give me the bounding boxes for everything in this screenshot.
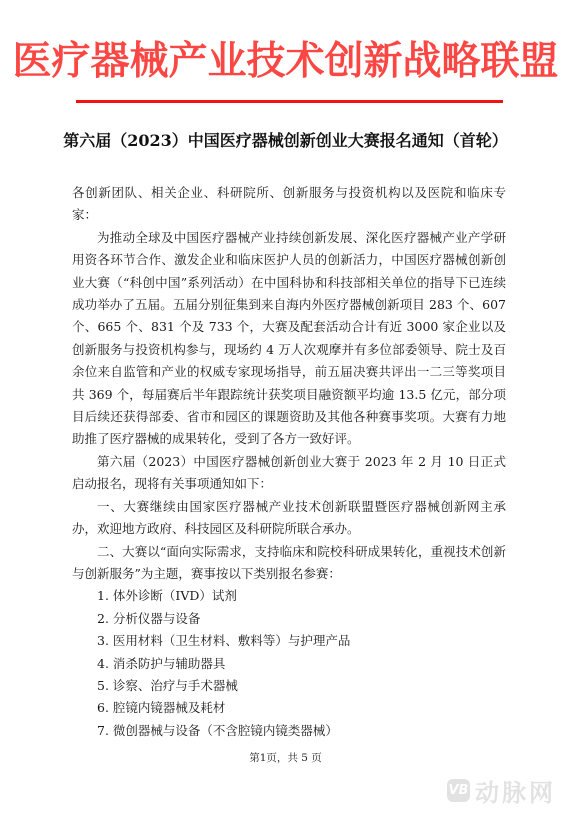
- paragraph-intro: 为推动全球及中国医疗器械产业持续创新发展、深化医疗器械产业产学研用资各环节合作、…: [72, 227, 506, 451]
- salutation-line: 各创新团队、相关企业、科研院所、创新服务与投资机构以及医院和临床专家：: [72, 182, 506, 227]
- paragraph-item-two: 二、大赛以“面向实际需求，支持临床和院校科研成果转化，重视技术创新与创新服务”为…: [72, 541, 506, 586]
- paragraph-launch-date: 第六届（2023）中国医疗器械创新创业大赛于 2023 年 2 月 10 日正式…: [72, 451, 506, 496]
- paragraph-item-one: 一、大赛继续由国家医疗器械产业技术创新联盟暨医疗器械创新网主承办，欢迎地方政府、…: [72, 496, 506, 541]
- list-item: 4. 消杀防护与辅助器具: [72, 653, 506, 675]
- list-item: 5. 诊察、治疗与手术器械: [72, 675, 506, 697]
- vb-logo-icon: VB: [447, 779, 470, 802]
- vbdata-watermark: VB 动脉网: [447, 773, 556, 808]
- org-banner-title: 医疗器械产业技术创新战略联盟: [0, 33, 571, 90]
- page-number: 第1页，共 5 页: [0, 750, 571, 765]
- list-item: 6. 腔镜内镜器械及耗材: [72, 697, 506, 719]
- category-list: 1. 体外诊断（IVD）试剂 2. 分析仪器与设备 3. 医用材料（卫生材料、敷…: [72, 585, 506, 742]
- red-divider-rule: [76, 100, 503, 103]
- page-title: 第六届（2023）中国医疗器械创新创业大赛报名通知（首轮）: [0, 128, 571, 151]
- list-item: 7. 微创器械与设备（不含腔镜内镜类器械）: [72, 720, 506, 742]
- document-page: 医疗器械产业技术创新战略联盟 第六届（2023）中国医疗器械创新创业大赛报名通知…: [0, 0, 571, 819]
- document-body: 各创新团队、相关企业、科研院所、创新服务与投资机构以及医院和临床专家： 为推动全…: [72, 182, 506, 742]
- list-item: 1. 体外诊断（IVD）试剂: [72, 585, 506, 607]
- list-item: 2. 分析仪器与设备: [72, 608, 506, 630]
- watermark-text: 动脉网: [475, 773, 556, 808]
- list-item: 3. 医用材料（卫生材料、敷料等）与护理产品: [72, 630, 506, 652]
